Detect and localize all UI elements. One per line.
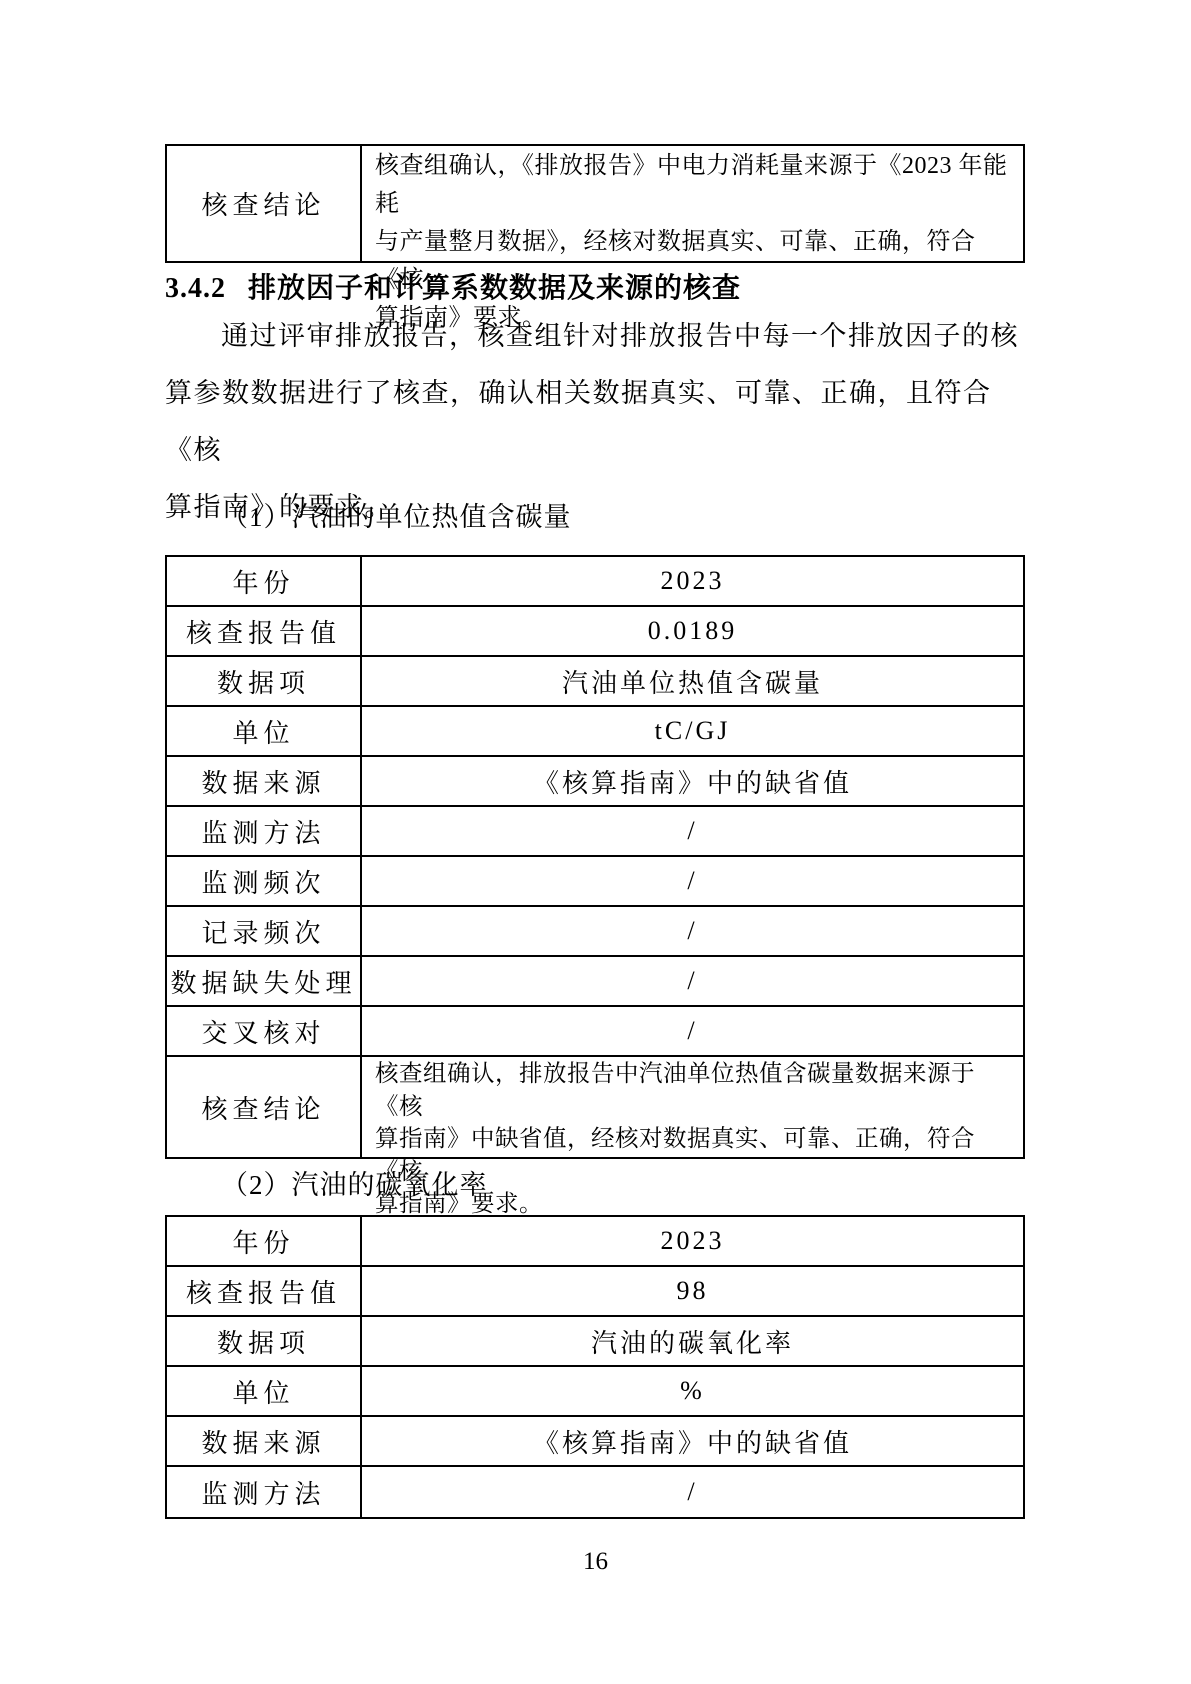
continued-conclusion-table: 核查结论 核查组确认，《排放报告》中电力消耗量来源于《2023 年能耗 与产量整… <box>165 144 1025 263</box>
table-row: 核查结论 核查组确认，排放报告中汽油单位热值含碳量数据来源于《核 算指南》中缺省… <box>167 1057 1023 1157</box>
section-heading: 3.4.2排放因子和计算系数数据及来源的核查 <box>165 268 1025 309</box>
table-row: 数据项 汽油的碳氧化率 <box>167 1317 1023 1367</box>
table-row: 监测频次 / <box>167 857 1023 907</box>
table-row: 交叉核对 / <box>167 1007 1023 1057</box>
row-label: 核查结论 <box>167 146 362 261</box>
row-value: 2023 <box>362 1217 1023 1265</box>
row-label: 核查结论 <box>167 1057 362 1157</box>
page-number: 16 <box>0 1548 1191 1576</box>
row-value: 《核算指南》中的缺省值 <box>362 1417 1023 1465</box>
row-value: tC/GJ <box>362 707 1023 755</box>
conclusion-text: 核查组确认，排放报告中汽油单位热值含碳量数据来源于《核 算指南》中缺省值，经核对… <box>362 1057 1023 1157</box>
row-value: 2023 <box>362 557 1023 605</box>
row-label: 数据来源 <box>167 757 362 805</box>
row-label: 监测方法 <box>167 807 362 855</box>
row-label: 数据项 <box>167 1317 362 1365</box>
section-number: 3.4.2 <box>165 273 226 304</box>
row-value: 汽油单位热值含碳量 <box>362 657 1023 705</box>
table-row: 数据来源 《核算指南》中的缺省值 <box>167 1417 1023 1467</box>
row-label: 数据来源 <box>167 1417 362 1465</box>
table-row: 核查报告值 98 <box>167 1267 1023 1317</box>
subsection-heading-1: （1）汽油的单位热值含碳量 <box>165 497 1025 537</box>
conclusion-text: 核查组确认，《排放报告》中电力消耗量来源于《2023 年能耗 与产量整月数据》，… <box>362 146 1023 261</box>
table-row: 数据缺失处理 / <box>167 957 1023 1007</box>
row-value: / <box>362 857 1023 905</box>
row-label: 单位 <box>167 707 362 755</box>
subsection-heading-2: （2）汽油的碳氧化率 <box>165 1165 1025 1205</box>
row-label: 记录频次 <box>167 907 362 955</box>
table-row: 单位 tC/GJ <box>167 707 1023 757</box>
table-row: 单位 % <box>167 1367 1023 1417</box>
row-label: 单位 <box>167 1367 362 1415</box>
carbon-oxidation-rate-table: 年份 2023 核查报告值 98 数据项 汽油的碳氧化率 单位 % 数据来源 《… <box>165 1215 1025 1519</box>
row-label: 交叉核对 <box>167 1007 362 1055</box>
table-row: 数据来源 《核算指南》中的缺省值 <box>167 757 1023 807</box>
row-label: 年份 <box>167 557 362 605</box>
row-value: / <box>362 1467 1023 1517</box>
row-value: / <box>362 957 1023 1005</box>
row-label: 数据项 <box>167 657 362 705</box>
row-label: 数据缺失处理 <box>167 957 362 1005</box>
row-value: / <box>362 1007 1023 1055</box>
row-value: 98 <box>362 1267 1023 1315</box>
row-value: 汽油的碳氧化率 <box>362 1317 1023 1365</box>
row-value: 《核算指南》中的缺省值 <box>362 757 1023 805</box>
row-value: 0.0189 <box>362 607 1023 655</box>
table-row: 监测方法 / <box>167 1467 1023 1517</box>
unit-carbon-content-table: 年份 2023 核查报告值 0.0189 数据项 汽油单位热值含碳量 单位 tC… <box>165 555 1025 1159</box>
row-value: % <box>362 1367 1023 1415</box>
row-value: / <box>362 807 1023 855</box>
table-row: 年份 2023 <box>167 1217 1023 1267</box>
table-row: 核查结论 核查组确认，《排放报告》中电力消耗量来源于《2023 年能耗 与产量整… <box>167 146 1023 261</box>
row-value: / <box>362 907 1023 955</box>
row-label: 监测方法 <box>167 1467 362 1517</box>
row-label: 监测频次 <box>167 857 362 905</box>
table-row: 年份 2023 <box>167 557 1023 607</box>
section-title: 排放因子和计算系数数据及来源的核查 <box>248 272 741 303</box>
table-row: 监测方法 / <box>167 807 1023 857</box>
table-row: 数据项 汽油单位热值含碳量 <box>167 657 1023 707</box>
row-label: 核查报告值 <box>167 607 362 655</box>
row-label: 核查报告值 <box>167 1267 362 1315</box>
table-row: 核查报告值 0.0189 <box>167 607 1023 657</box>
table-row: 记录频次 / <box>167 907 1023 957</box>
row-label: 年份 <box>167 1217 362 1265</box>
